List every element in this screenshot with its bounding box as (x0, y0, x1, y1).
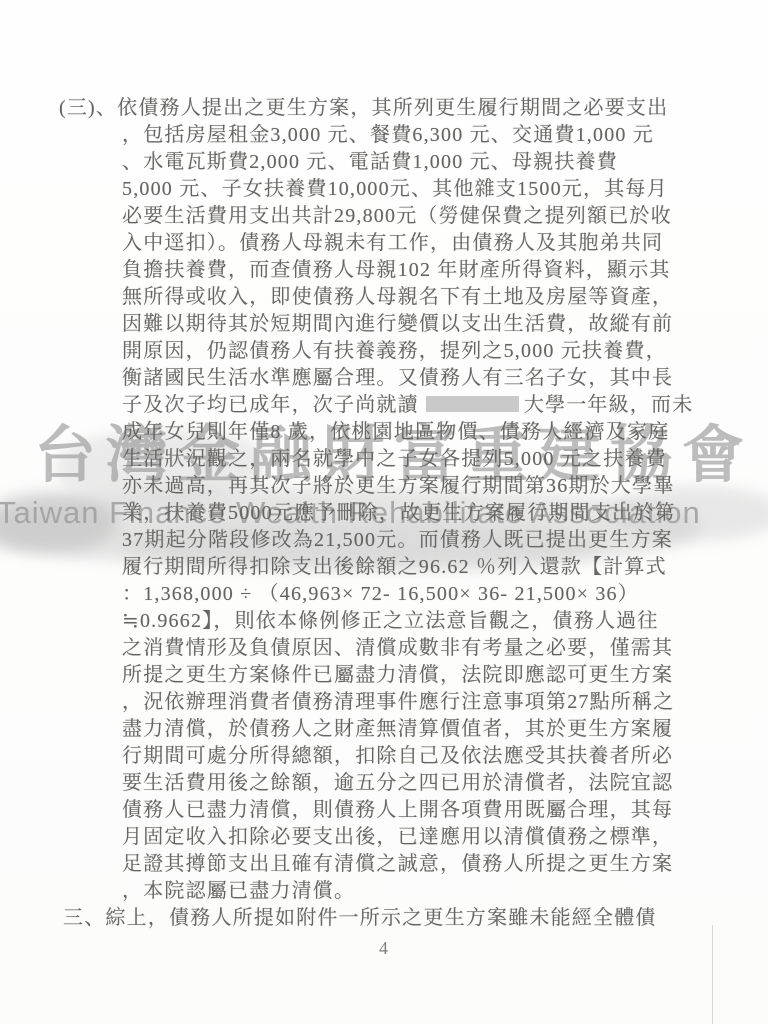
text-line: 月固定收入扣除必要支出後，已達應用以清償債務之標準， (0, 824, 768, 851)
text-line: 衡諸國民生活水準應屬合理。又債務人有三名子女，其中長 (0, 365, 768, 392)
text-line: 業，扶養費5000元應予刪除，故更生方案履行期間支出於第 (0, 500, 768, 527)
text-line: 必要生活費用支出共計29,800元（勞健保費之提列額已於收 (0, 203, 768, 230)
text-line: 履行期間所得扣除支出後餘額之96.62 ％列入還款【計算式 (0, 554, 768, 581)
text-line: 入中逕扣）。債務人母親未有工作，由債務人及其胞弟共同 (0, 230, 768, 257)
text-line: 三、綜上，債務人所提如附件一所示之更生方案雖未能經全體債 (0, 905, 768, 932)
text-line: ，本院認屬已盡力清償。 (0, 878, 768, 905)
text-line: ：1,368,000 ÷ （46,963× 72- 16,500× 36- 21… (0, 581, 768, 608)
text-line: 亦未過高，再其次子將於更生方案履行期間第36期於大學畢 (0, 473, 768, 500)
text-line: 開原因，仍認債務人有扶養義務，提列之5,000 元扶養費， (0, 338, 768, 365)
text-line: ，包括房屋租金3,000 元、餐費6,300 元、交通費1,000 元 (0, 122, 768, 149)
text-line: 行期間可處分所得總額，扣除自己及依法應受其扶養者所必 (0, 743, 768, 770)
text-line: 足證其撙節支出且確有清償之誠意，債務人所提之更生方案 (0, 851, 768, 878)
text-line: 無所得或收入，即使債務人母親名下有土地及房屋等資產， (0, 284, 768, 311)
scan-edge-artifact (712, 925, 713, 1024)
text-line: 、水電瓦斯費2,000 元、電話費1,000 元、母親扶養費 (0, 149, 768, 176)
text-segment: 大學一年級，而未 (524, 394, 694, 416)
text-line: 盡力清償，於債務人之財產無清算價值者，其於更生方案履 (0, 716, 768, 743)
text-line: 成年女兒則年僅8 歲，依桃園地區物價、債務人經濟及家庭 (0, 419, 768, 446)
redaction-box (426, 396, 519, 412)
text-segment: 子及次子均已成年，次子尚就讀 (122, 394, 419, 416)
text-line: 負擔扶養費，而查債務人母親102 年財產所得資料，顯示其 (0, 257, 768, 284)
text-line: ，況依辦理消費者債務清理事件應行注意事項第27點所稱之 (0, 689, 768, 716)
text-line: 生活狀況觀之，兩名就學中之子女各提列5,000 元之扶養費 (0, 446, 768, 473)
text-line: (三)、依債務人提出之更生方案，其所列更生履行期間之必要支出 (0, 95, 768, 122)
text-line: 要生活費用後之餘額，逾五分之四已用於清償者，法院宜認 (0, 770, 768, 797)
text-line: 債務人已盡力清償，則債務人上開各項費用既屬合理，其每 (0, 797, 768, 824)
body-text: (三)、依債務人提出之更生方案，其所列更生履行期間之必要支出，包括房屋租金3,0… (0, 95, 768, 932)
text-line: ≒0.9662】，則依本條例修正之立法意旨觀之，債務人過往 (0, 608, 768, 635)
text-line: 所提之更生方案條件已屬盡力清償，法院即應認可更生方案 (0, 662, 768, 689)
text-line: 因難以期待其於短期間內進行變價以支出生活費，故縱有前 (0, 311, 768, 338)
text-line: 37期起分階段修改為21,500元。而債務人既已提出更生方案 (0, 527, 768, 554)
text-line: 之消費情形及負債原因、清償成數非有考量之必要，僅需其 (0, 635, 768, 662)
scanned-court-document-page: 台灣金融財富重建協會 Taiwan Finance Wealth Rehabil… (0, 0, 768, 1024)
page-number: 4 (0, 938, 768, 959)
text-line: 子及次子均已成年，次子尚就讀大學一年級，而未 (0, 392, 768, 419)
text-line: 5,000 元、子女扶養費10,000元、其他雜支1500元，其每月 (0, 176, 768, 203)
